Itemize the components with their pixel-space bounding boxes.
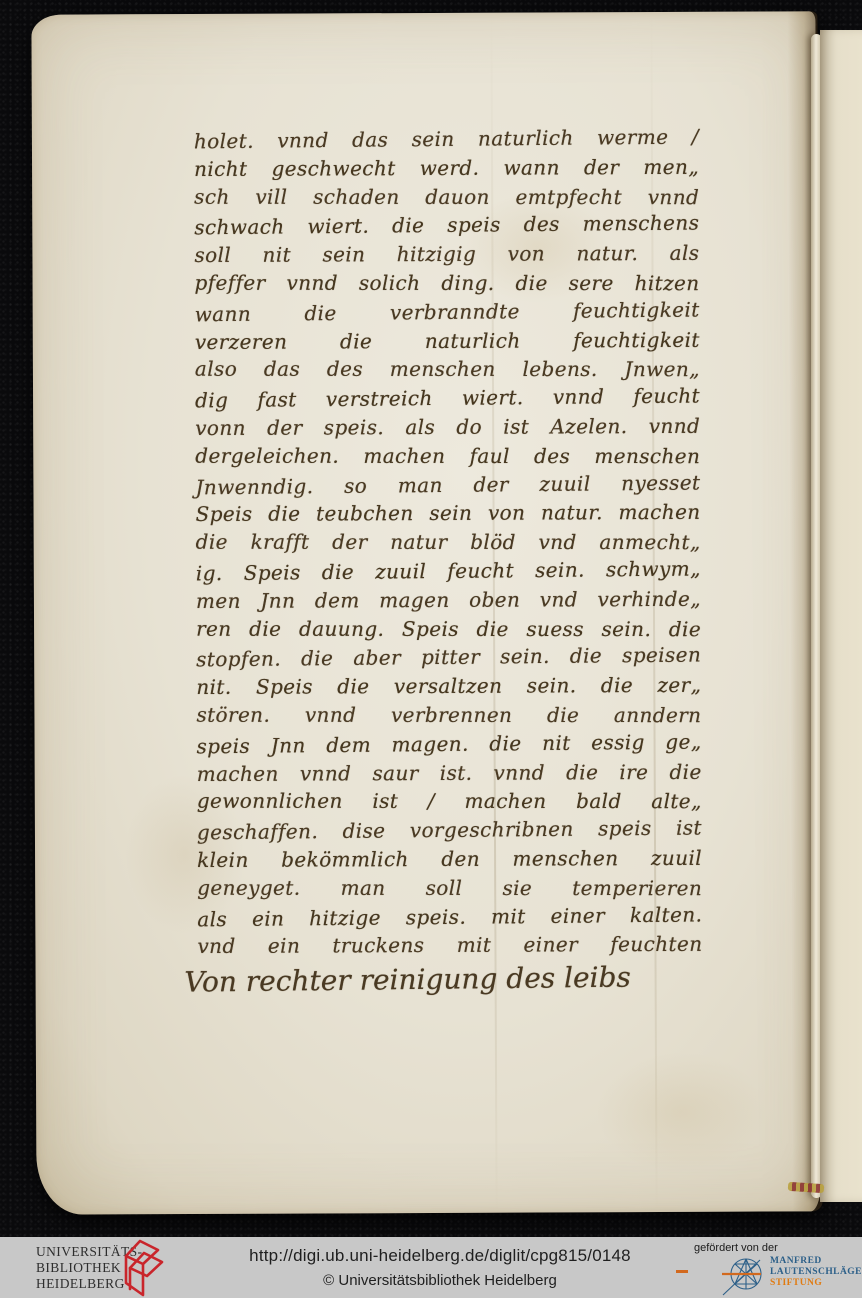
- manuscript-line: nicht geschwecht werd. wann der men„: [194, 153, 699, 184]
- manuscript-line: sch vill schaden dauon emtpfecht vnnd: [194, 182, 699, 211]
- manuscript-line: ren die dauung. Speis die suess sein. di…: [196, 614, 701, 643]
- manuscript-line: speis Jnn dem magen. die nit essig ge„: [196, 727, 701, 761]
- manuscript-line: holet. vnnd das sein naturlich werme /: [194, 122, 699, 156]
- digitization-url: http://digi.ub.uni-heidelberg.de/diglit/…: [160, 1246, 720, 1266]
- funder-globe-icon: [720, 1252, 768, 1298]
- manuscript-line: soll nit sein hitzigig von natur. als: [194, 239, 699, 270]
- manuscript-line: als ein hitzige speis. mit einer kalten.: [197, 900, 702, 934]
- manuscript-line: ig. Speis die zuuil feucht sein. schwym„: [196, 554, 701, 588]
- funder-name-line: STIFTUNG: [770, 1278, 862, 1289]
- manuscript-line: dergeleichen. machen faul des menschen: [195, 441, 700, 470]
- copyright-notice: © Universitätsbibliothek Heidelberg: [160, 1272, 720, 1289]
- manuscript-line: pfeffer vnnd solich ding. die sere hitze…: [195, 269, 700, 298]
- funder-name-line: MANFRED: [770, 1256, 862, 1267]
- manuscript-text-block: holet. vnnd das sein naturlich werme / n…: [194, 124, 703, 961]
- manuscript-line: geschaffen. dise vorgeschribnen speis is…: [197, 814, 702, 848]
- manuscript-line: vonn der speis. als do ist Azelen. vnnd: [195, 412, 700, 443]
- manuscript-line: stören. vnnd verbrennen die anndern: [196, 701, 701, 730]
- manuscript-line: also das des menschen lebens. Jnwen„: [195, 355, 700, 384]
- manuscript-line: die krafft der natur blöd vnd anmecht„: [196, 528, 701, 557]
- manuscript-line: gewonnlichen ist / machen bald alte„: [197, 787, 702, 816]
- adjacent-page-edge: [820, 30, 862, 1202]
- manuscript-line: wann die verbranndte feuchtigkeit: [195, 295, 700, 329]
- manuscript-line: vnd ein truckens mit einer feuchten: [197, 930, 702, 961]
- paper-stain: [596, 1052, 767, 1173]
- funder-name-line: LAUTENSCHLÄGER: [770, 1267, 862, 1278]
- funder-name: MANFRED LAUTENSCHLÄGER STIFTUNG: [770, 1256, 862, 1289]
- manuscript-line: dig fast verstreich wiert. vnnd feucht: [195, 382, 700, 416]
- manuscript-heading: Von rechter reinigung des leibs: [35, 959, 779, 1000]
- photograph-of-manuscript: holet. vnnd das sein naturlich werme / n…: [0, 0, 862, 1298]
- manuscript-line: schwach wiert. die speis des menschens: [194, 209, 699, 243]
- manuscript-line: nit. Speis die versaltzen sein. die zer„: [196, 671, 701, 702]
- manuscript-line: geneyget. man soll sie temperieren: [197, 873, 702, 902]
- footer-center-text: http://digi.ub.uni-heidelberg.de/diglit/…: [160, 1237, 720, 1289]
- manuscript-page: holet. vnnd das sein naturlich werme / n…: [31, 11, 820, 1214]
- manuscript-line: men Jnn dem magen oben vnd verhinde„: [196, 585, 701, 616]
- manuscript-line: klein bekömmlich den menschen zuuil: [197, 844, 702, 875]
- manuscript-line: Jnwenndig. so man der zuuil nyesset: [195, 468, 700, 502]
- manuscript-line: Speis die teubchen sein von natur. mache…: [196, 498, 701, 529]
- funder-dash: [676, 1270, 688, 1273]
- manuscript-line: verzeren die naturlich feuchtigkeit: [195, 325, 700, 356]
- manuscript-line: machen vnnd saur ist. vnnd die ire die: [197, 757, 702, 788]
- branding-bar: UNIVERSITÄTS- BIBLIOTHEK HEIDELBERG http…: [0, 1237, 862, 1298]
- manuscript-line: stopfen. die aber pitter sein. die speis…: [196, 641, 701, 675]
